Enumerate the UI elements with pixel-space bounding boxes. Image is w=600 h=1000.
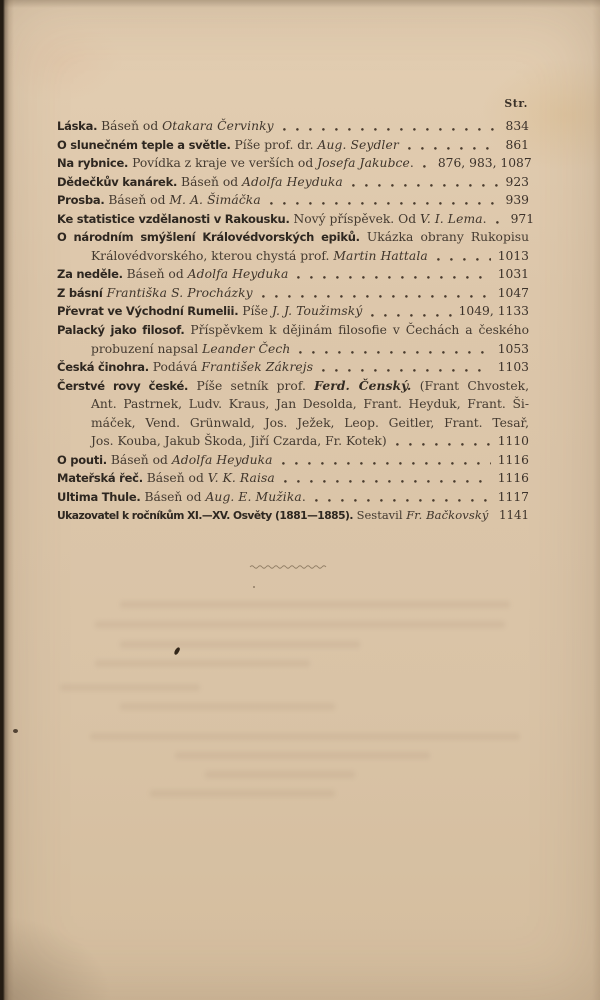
toc-text-segment: Báseň od [143,471,208,485]
toc-text-segment: Báseň od [104,193,169,207]
toc-text-segment: Ferd. Čenský. [314,378,411,393]
toc-entry-text: Čerstvé rovy české. Píše setník prof. Fe… [57,379,529,393]
toc-entry-text: Ukazovatel k ročníkům XI.—XV. Osvěty (18… [57,506,489,526]
toc-text-segment: Prosba. [57,193,104,207]
toc-text-segment: Čerstvé rovy české. [57,379,188,393]
toc-entry-13: probuzení napsal Leander Čech 1053 [57,340,529,359]
toc-page-number: 1013 [498,247,529,266]
toc-page-number: 834 [506,117,529,136]
toc-page-number: 876, 983, 1087 [438,154,532,173]
toc-entry-8: Královédvorského, kterou chystá prof. Ma… [57,247,529,266]
toc-entry-text: Z básní Františka S. Procházky [57,284,253,303]
dot-leader [284,480,491,483]
toc-text-segment: Martin Hattala [333,249,427,263]
toc-entry-list: Láska. Báseň od Otakara Červinky 834 O s… [57,117,529,525]
toc-entry-text: Na rybnice. Povídka z kraje ve verších o… [57,154,414,173]
dot-leader [396,443,491,446]
toc-entry-text: Jos. Kouba, Jakub Škoda, Jiří Czarda, Fr… [91,432,387,451]
show-through-line [95,621,505,628]
toc-entry-text: Ant. Pastrnek, Ludv. Kraus, Jan Desolda,… [91,397,529,411]
toc-text-segment: Převrat ve Východní Rumelii. [57,304,238,318]
dot-leader [371,314,451,317]
show-through-line [205,771,355,778]
dot-leader [352,184,499,187]
toc-text-segment: Aug. E. Mužika [205,490,301,504]
toc-entry-2: O slunečném teple a světle. Píše prof. d… [57,136,529,155]
toc-text-segment: Píše [238,304,272,318]
toc-text-segment: . [302,490,306,504]
toc-text-segment: Jos. Kouba, Jakub Škoda, Jiří Czarda, Fr… [91,434,387,448]
dot-leader [262,295,491,298]
show-through-line [150,790,335,797]
toc-text-segment: Ultima Thule. [57,490,141,504]
toc-text-segment: Otakara Červinky [162,119,274,133]
toc-entry-19: O pouti. Báseň od Adolfa Heyduka 1116 [57,451,529,470]
toc-page-number: 1031 [498,265,529,284]
toc-page-number: 861 [506,136,529,155]
toc-text-segment: Báseň od [123,267,188,281]
toc-entry-20: Mateřská řeč. Báseň od V. K. Raisa 1116 [57,469,529,488]
toc-entry-text: máček, Vend. Grünwald, Jos. Ježek, Leop.… [91,416,529,430]
table-of-contents: Str. Láska. Báseň od Otakara Červinky 83… [57,97,529,525]
show-through-line [95,660,310,667]
toc-text-segment: Fr. Bačkovský [406,508,488,522]
dot-leader [437,258,491,261]
toc-entry-text: O slunečném teple a světle. Píše prof. d… [57,136,399,155]
toc-text-segment: Nový příspěvek. Od [290,212,420,226]
dot-leader [423,165,431,168]
toc-text-segment: Povídka z kraje ve verších od [128,156,317,170]
toc-text-segment: Píše setník prof. [188,379,314,393]
toc-entry-6: Ke statistice vzdělanosti v Rakousku. No… [57,210,529,229]
toc-entry-text: Převrat ve Východní Rumelii. Píše J. J. … [57,302,362,321]
show-through-line [175,752,430,759]
toc-entry-15: Čerstvé rovy české. Píše setník prof. Fe… [57,377,529,396]
toc-text-segment: Dědečkův kanárek. [57,175,177,189]
show-through-line [90,733,520,740]
dot-leader [283,128,499,131]
dot-leader [408,147,499,150]
toc-entry-1: Láska. Báseň od Otakara Červinky 834 [57,117,529,136]
toc-page-number: 1117 [498,488,529,507]
dot-leader [299,351,490,354]
ink-speck [253,586,255,588]
toc-entry-text: Ultima Thule. Báseň od Aug. E. Mužika. [57,488,306,507]
toc-text-segment: Mateřská řeč. [57,471,143,485]
toc-page-number: 971 [511,210,534,229]
toc-text-segment: Adolfa Heyduka [242,175,343,189]
toc-entry-text: Česká činohra. Podává František Zákrejs [57,358,313,377]
dot-leader [282,462,491,465]
toc-text-segment: Aug. Seydler [318,138,399,152]
toc-text-segment: Leander Čech [202,342,290,356]
toc-text-segment: František Zákrejs [201,360,313,374]
scan-edge-right [592,0,600,1000]
toc-text-segment: Báseň od [177,175,242,189]
toc-entry-11: Převrat ve Východní Rumelii. Píše J. J. … [57,302,529,321]
dot-leader [297,276,490,279]
toc-entry-22: Ukazovatel k ročníkům XI.—XV. Osvěty (18… [57,506,529,525]
toc-text-segment: Na rybnice. [57,156,128,170]
toc-text-segment: Příspěvkem k dějinám filosofie v Čechách… [185,323,530,337]
toc-text-segment: Ke statistice vzdělanosti v Rakousku. [57,212,290,226]
toc-entry-9: Za neděle. Báseň od Adolfa Heyduka 1031 [57,265,529,284]
toc-text-segment: Česká činohra. [57,360,149,374]
toc-text-segment: V. K. Raisa [208,471,275,485]
toc-text-segment: Františka S. Procházky [103,286,253,300]
toc-entry-text: Prosba. Báseň od M. A. Šimáčka [57,191,261,210]
toc-page-number: 939 [506,191,529,210]
toc-text-segment: (Frant Chvostek, [411,379,529,393]
toc-text-segment: Báseň od [97,119,162,133]
toc-entry-21: Ultima Thule. Báseň od Aug. E. Mužika. 1… [57,488,529,507]
toc-text-segment: O národním smýšlení Královédvorských epi… [57,230,360,244]
toc-text-segment: Z básní [57,286,103,300]
dot-leader [322,369,491,372]
toc-entry-7: O národním smýšlení Královédvorských epi… [57,228,529,247]
toc-text-segment: . [410,156,414,170]
toc-entry-text: Královédvorského, kterou chystá prof. Ma… [91,247,428,266]
toc-page-number: 1141 [499,506,529,525]
toc-entry-17: máček, Vend. Grünwald, Jos. Ježek, Leop.… [57,414,529,433]
toc-entry-text: Dědečkův kanárek. Báseň od Adolfa Heyduk… [57,173,343,192]
toc-entry-text: Mateřská řeč. Báseň od V. K. Raisa [57,469,275,488]
page-column-header: Str. [57,97,528,110]
scan-edge-left [0,0,14,1000]
toc-page-number: 1110 [498,432,529,451]
toc-entry-14: Česká činohra. Podává František Zákrejs … [57,358,529,377]
toc-text-segment: Ukázka obrany Rukopisu [360,230,529,244]
toc-page-number: 923 [506,173,529,192]
toc-entry-18: Jos. Kouba, Jakub Škoda, Jiří Czarda, Fr… [57,432,529,451]
toc-text-segment: máček, Vend. Grünwald, Jos. Ježek, Leop.… [91,416,529,430]
toc-text-segment: Báseň od [141,490,206,504]
toc-page-number: 1047 [498,284,529,303]
toc-text-segment: Adolfa Heyduka [172,453,273,467]
toc-entry-text: probuzení napsal Leander Čech [91,340,290,359]
toc-text-segment: Palacký jako filosof. [57,323,185,337]
toc-entry-text: Palacký jako filosof. Příspěvkem k dějin… [57,323,529,337]
toc-text-segment: probuzení napsal [91,342,202,356]
show-through-line [120,641,360,648]
dot-leader [315,499,491,502]
toc-page-number: 1053 [498,340,529,359]
toc-text-segment: Ant. Pastrnek, Ludv. Kraus, Jan Desolda,… [91,397,529,411]
toc-entry-text: Za neděle. Báseň od Adolfa Heyduka [57,265,288,284]
toc-text-segment: Královédvorského, kterou chystá prof. [91,249,333,263]
toc-page-number: 1103 [498,358,529,377]
toc-page-number: 1049, 1133 [459,302,529,321]
toc-text-segment: O pouti. [57,453,107,467]
toc-entry-16: Ant. Pastrnek, Ludv. Kraus, Jan Desolda,… [57,395,529,414]
toc-text-segment: M. A. Šimáčka [169,193,260,207]
toc-text-segment: Podává [149,360,201,374]
toc-entry-5: Prosba. Báseň od M. A. Šimáčka 939 [57,191,529,210]
toc-page-number: 1116 [498,469,529,488]
toc-entry-10: Z básní Františka S. Procházky 1047 [57,284,529,303]
toc-entry-text: Ke statistice vzdělanosti v Rakousku. No… [57,210,487,229]
ink-speck [173,647,180,656]
toc-text-segment: Adolfa Heyduka [188,267,289,281]
toc-text-segment: Josefa Jakubce [317,156,410,170]
toc-text-segment: J. J. Toužimský [272,304,362,318]
toc-text-segment: Sestavil [353,508,406,522]
toc-text-segment: . [483,212,487,226]
toc-text-segment: Za neděle. [57,267,123,281]
scan-edge-top [0,0,600,8]
toc-entry-4: Dědečkův kanárek. Báseň od Adolfa Heyduk… [57,173,529,192]
toc-entry-text: O národním smýšlení Královédvorských epi… [57,230,529,244]
dot-leader [270,202,499,205]
toc-text-segment: O slunečném teple a světle. [57,138,231,152]
toc-text-segment: Láska. [57,119,97,133]
dot-leader [496,221,504,224]
toc-text-segment: Píše prof. dr. [231,138,318,152]
toc-text-segment: Báseň od [107,453,172,467]
toc-entry-3: Na rybnice. Povídka z kraje ve verších o… [57,154,529,173]
show-through-line [60,684,200,691]
divider-ornament [248,562,328,572]
toc-entry-12: Palacký jako filosof. Příspěvkem k dějin… [57,321,529,340]
show-through-line [120,703,335,710]
toc-entry-text: O pouti. Báseň od Adolfa Heyduka [57,451,273,470]
toc-page-number: 1116 [498,451,529,470]
toc-text-segment: Ukazovatel k ročníkům XI.—XV. Osvěty (18… [57,509,353,522]
toc-text-segment: V. I. Lema [420,212,483,226]
show-through-line [120,601,510,608]
toc-entry-text: Láska. Báseň od Otakara Červinky [57,117,274,136]
scanned-book-page: Str. Láska. Báseň od Otakara Červinky 83… [0,0,600,1000]
